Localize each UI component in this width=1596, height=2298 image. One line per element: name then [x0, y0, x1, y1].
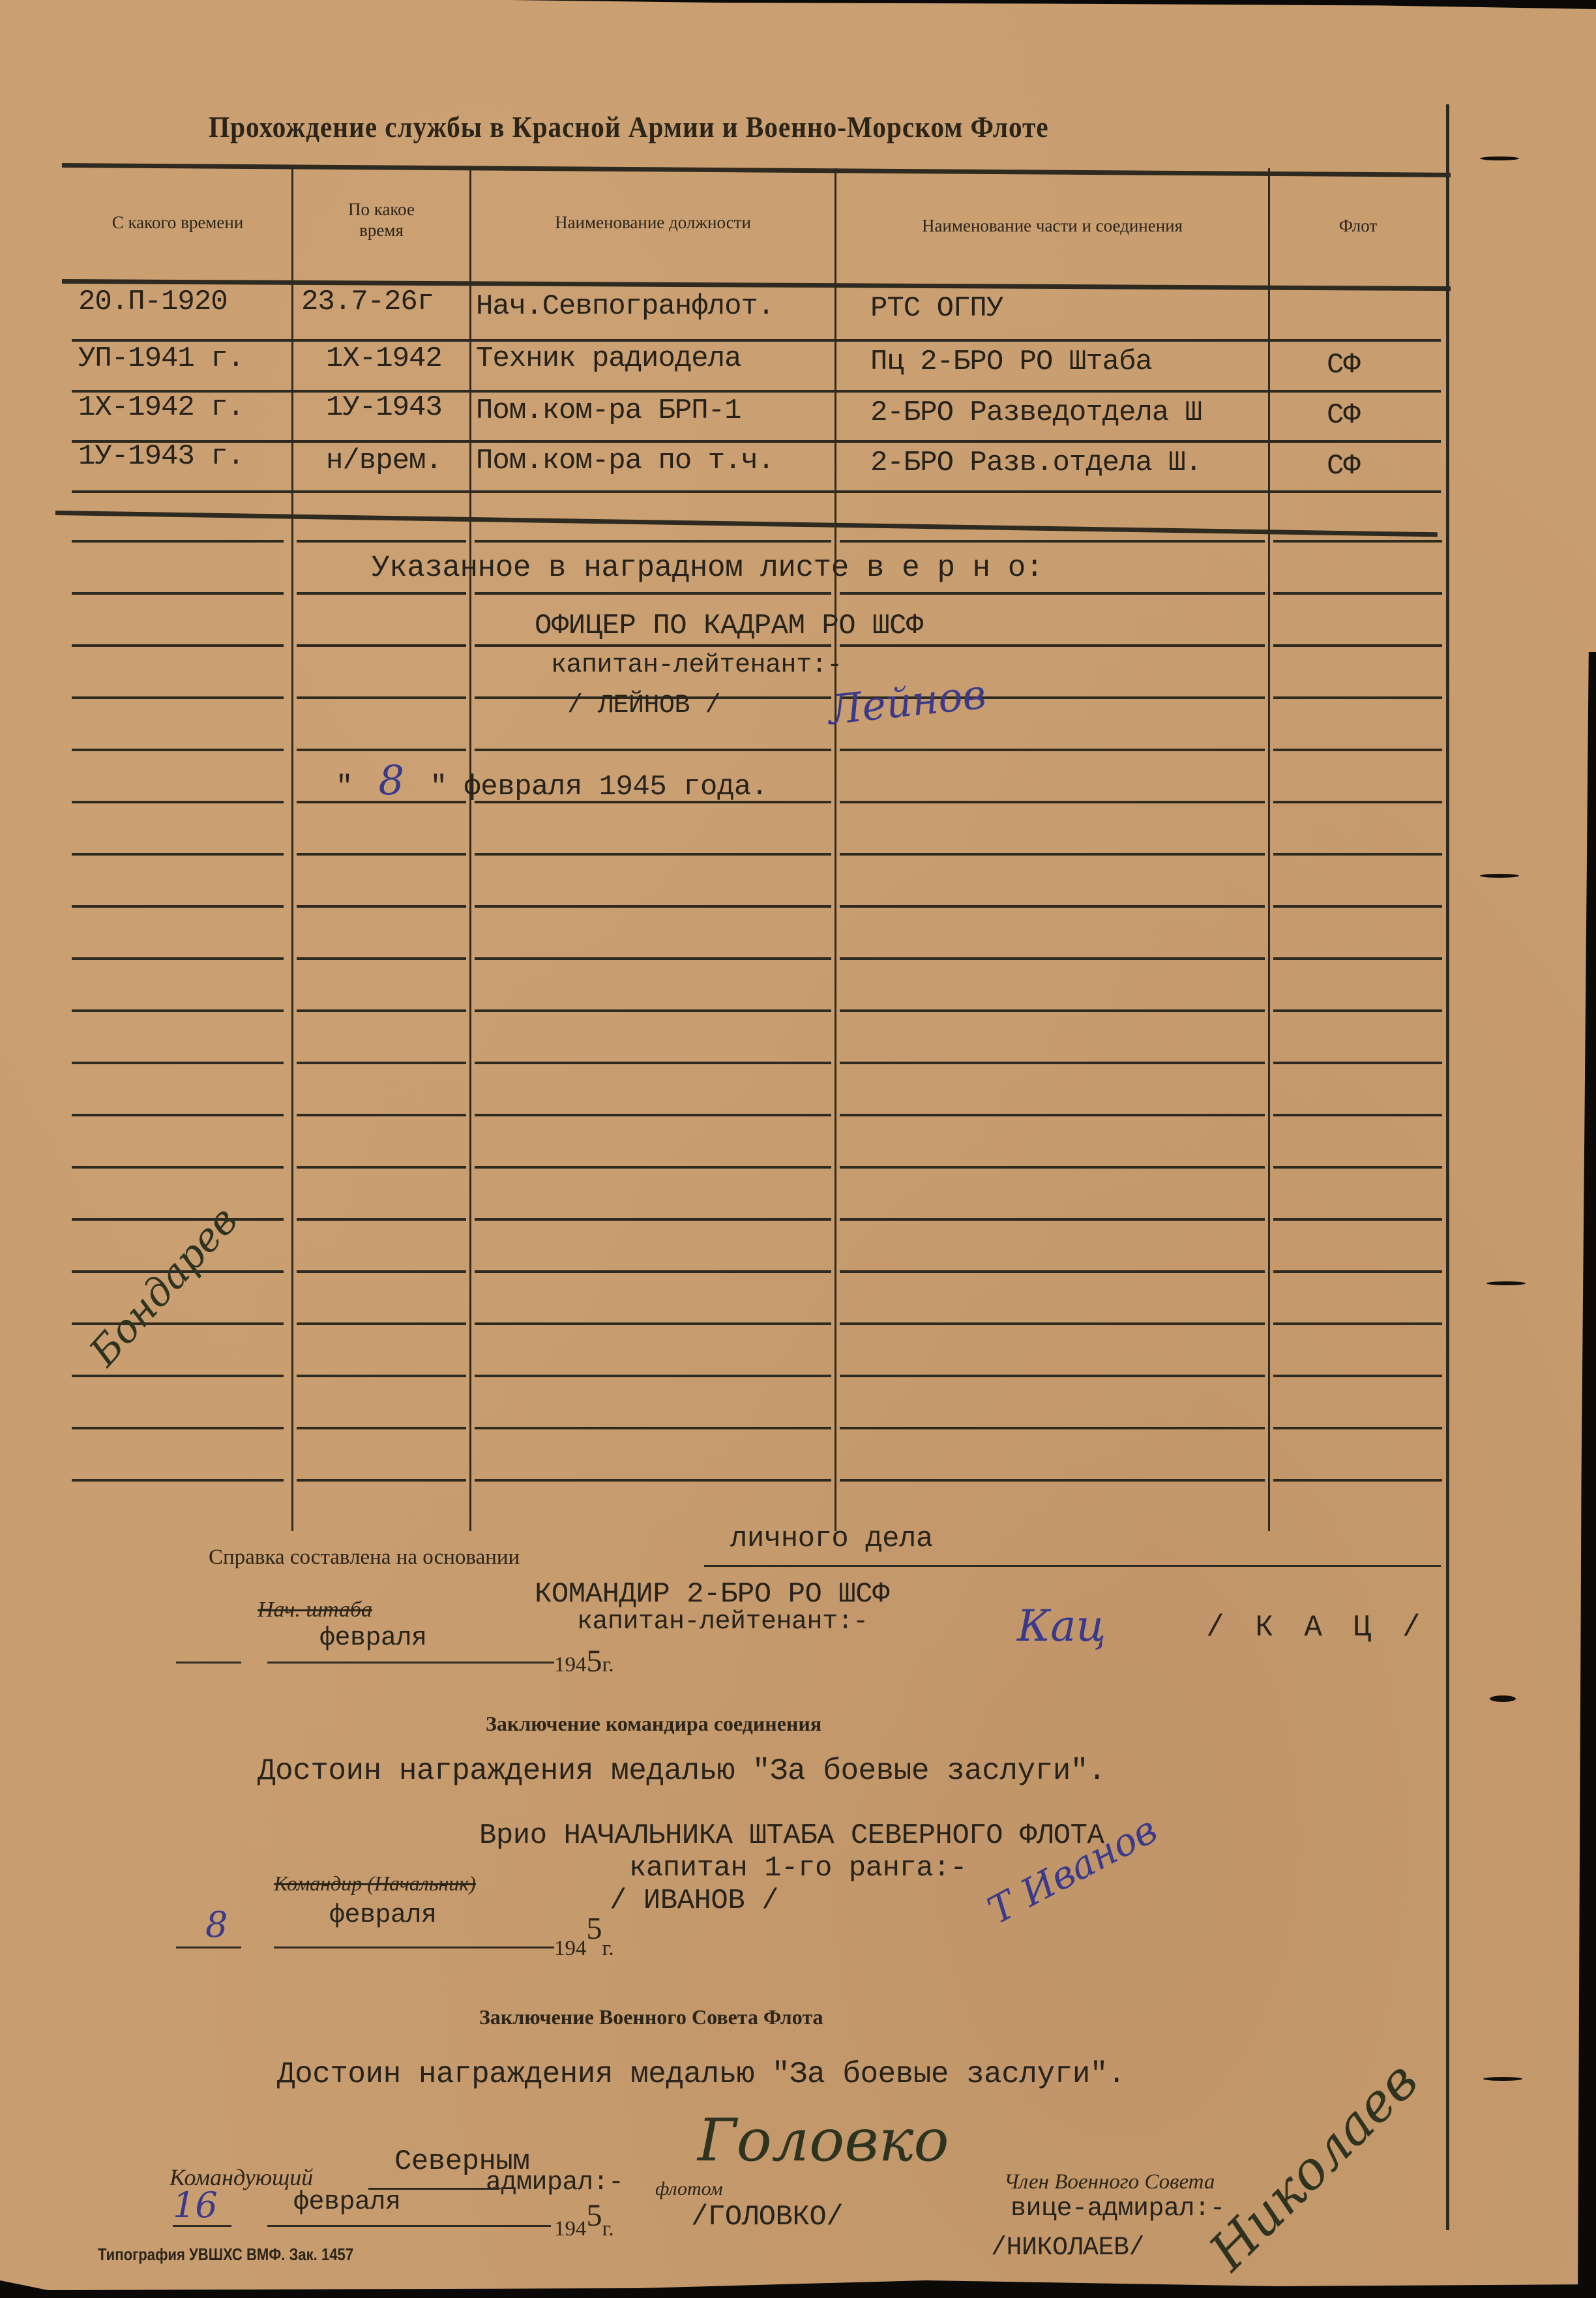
cell-position: Нач.Севпогранфлот. [476, 290, 774, 323]
row-rule [475, 1270, 831, 1273]
row-rule [72, 390, 1441, 393]
council-conclusion-text: Достоин награждения медалью "За боевые з… [277, 2057, 1125, 2091]
row-rule [297, 1009, 466, 1012]
row-rule [1273, 696, 1442, 699]
row-rule [1273, 644, 1442, 647]
row-rule [840, 801, 1265, 803]
row-rule [1273, 905, 1442, 908]
cell-fleet: СФ [1327, 450, 1360, 483]
council-conclusion-heading: Заключение Военного Совета Флота [479, 2005, 823, 2029]
row-rule [297, 957, 466, 960]
row-rule [475, 592, 831, 595]
row-rule [475, 1009, 831, 1012]
certifier-signature: Лейнов [826, 670, 988, 734]
header-to-line2: время [293, 220, 469, 241]
row-rule [475, 905, 831, 908]
row-rule [840, 853, 1265, 856]
year-g: г. [602, 2217, 614, 2241]
row-rule [72, 1166, 284, 1169]
row-rule [297, 540, 466, 543]
row-rule [72, 592, 284, 595]
reference-signer-name: / К А Ц / [1206, 1611, 1426, 1645]
row-rule [840, 957, 1265, 960]
row-rule [297, 749, 466, 751]
council-member-signature: Николаев [1198, 2050, 1430, 2282]
row-rule [840, 1322, 1265, 1325]
document-page: Прохождение службы в Красной Армии и Вое… [0, 0, 1596, 2298]
row-rule [1273, 1322, 1442, 1325]
fleet-commander-signature: Головко [698, 2106, 949, 2175]
row-rule [1273, 853, 1442, 856]
row-rule [475, 1062, 831, 1064]
header-to: По какое время [293, 199, 469, 241]
date-day-underline [173, 2225, 231, 2227]
cell-to: 23.7-26г [301, 286, 434, 318]
date-month-underline [267, 2225, 551, 2227]
year-suffix: 5 [587, 1644, 602, 1679]
row-rule [1273, 1479, 1442, 1482]
commander-date-day: 8 [205, 1904, 228, 1945]
column-divider [835, 168, 836, 1531]
header-from: С какого времени [65, 212, 290, 233]
row-rule [1273, 1270, 1442, 1273]
row-rule [297, 696, 466, 699]
council-member-label: Член Военного Совета [1004, 2170, 1215, 2194]
cell-unit: 2-БРО Разведотдела Ш [870, 396, 1202, 429]
row-rule [72, 1375, 284, 1377]
header-position: Наименование должности [471, 212, 835, 233]
reference-signer-title: КОМАНДИР 2-БРО РО ШСФ [535, 1578, 889, 1611]
row-rule [840, 592, 1265, 595]
binding-hole [1490, 1695, 1516, 1702]
row-rule [840, 1479, 1265, 1482]
row-rule [297, 1427, 466, 1429]
binding-hole [1480, 157, 1519, 160]
cell-position: Пом.ком-ра БРП-1 [476, 395, 741, 427]
row-rule [1273, 1218, 1442, 1221]
commander-conclusion-heading: Заключение командира соединения [486, 1712, 821, 1736]
row-rule [297, 1270, 466, 1273]
row-rule [840, 1427, 1265, 1429]
council-date-day: 16 [173, 2185, 218, 2226]
cell-from: 20.П-1920 [78, 286, 228, 318]
cell-from: УП-1941 г. [78, 342, 244, 375]
council-date-year: 1945г. [554, 2207, 614, 2243]
table-top-rule [62, 163, 1451, 177]
row-rule [72, 490, 1441, 493]
date-day-underline [176, 1947, 241, 1948]
row-rule [72, 1218, 284, 1221]
torn-edge-top [509, 0, 1596, 9]
reference-signer-rank: капитан-лейтенант:- [577, 1607, 868, 1637]
row-rule [1273, 1114, 1442, 1116]
cell-to: 1Х-1942 [326, 342, 442, 375]
row-rule [1273, 540, 1442, 543]
row-rule [297, 905, 466, 908]
cell-from: 1Х-1942 г. [78, 391, 244, 424]
row-rule [840, 1218, 1265, 1221]
council-member-name: /НИКОЛАЕВ/ [991, 2233, 1144, 2263]
document-title: Прохождение службы в Красной Армии и Вое… [209, 110, 1049, 144]
row-rule [72, 853, 284, 856]
row-rule [840, 905, 1265, 908]
year-g: г. [602, 1653, 614, 1677]
margin-signature: Бондарев [81, 1198, 246, 1375]
column-divider [469, 168, 471, 1531]
row-rule [72, 1062, 284, 1064]
row-rule [297, 1218, 466, 1221]
commander-conclusion-text: Достоин награждения медалью "За боевые з… [258, 1754, 1106, 1788]
commander-rank: адмирал:- [486, 2168, 624, 2198]
certifier-name: / ЛЕЙНОВ / [567, 691, 720, 721]
reference-date-year: 1945г. [554, 1643, 614, 1679]
year-g: г. [602, 1937, 614, 1960]
row-rule [1273, 801, 1442, 803]
entries-bottom-rule [55, 511, 1438, 537]
certification-date: " 8 " февраля 1945 года. [336, 756, 768, 804]
year-prefix: 194 [554, 2217, 587, 2241]
row-rule [1273, 1009, 1442, 1012]
council-date-month: февраля [293, 2188, 401, 2217]
row-rule [475, 1166, 831, 1169]
row-rule [840, 1270, 1265, 1273]
header-unit: Наименование части и соединения [836, 215, 1268, 236]
date-month-underline [274, 1947, 554, 1948]
cell-position: Техник радиодела [476, 342, 741, 375]
cell-unit: РТС ОГПУ [870, 292, 1003, 325]
row-rule [475, 1114, 831, 1116]
torn-edge-right [1578, 652, 1596, 2298]
row-rule [475, 957, 831, 960]
commander-signer-title: Врио НАЧАЛЬНИКА ШТАБА СЕВЕРНОГО ФЛОТА [479, 1819, 1104, 1852]
row-rule [297, 1114, 466, 1116]
row-rule [72, 1114, 284, 1116]
commander-name: /ГОЛОВКО/ [691, 2201, 843, 2233]
cell-unit: Пц 2-БРО РО Штаба [870, 346, 1152, 378]
row-rule [297, 592, 466, 595]
commander-signer-rank: капитан 1-го ранга:- [629, 1852, 967, 1885]
row-rule [72, 1479, 284, 1482]
row-rule [72, 801, 284, 803]
row-rule [475, 1322, 831, 1325]
commander-signer-name: / ИВАНОВ / [610, 1885, 778, 1917]
crossed-role-label: Нач. штаба [258, 1598, 372, 1622]
row-rule [840, 1375, 1265, 1377]
row-rule [297, 853, 466, 856]
date-rest: " февраля 1945 года. [430, 771, 768, 803]
column-divider [1268, 168, 1270, 1531]
row-rule [297, 1062, 466, 1064]
row-rule [840, 749, 1265, 751]
row-rule [72, 339, 1441, 342]
cell-fleet: СФ [1327, 399, 1360, 432]
based-on-underline [704, 1565, 1441, 1567]
row-rule [72, 440, 1441, 443]
row-rule [1273, 1062, 1442, 1064]
row-rule [1273, 957, 1442, 960]
row-rule [840, 540, 1265, 543]
year-prefix: 194 [554, 1937, 587, 1960]
cell-fleet: СФ [1327, 349, 1360, 381]
date-day: 8 [359, 756, 424, 804]
crossed-commander-label: Командир (Начальник) [274, 1872, 476, 1896]
reference-signature: Кац [1017, 1601, 1106, 1651]
date-day-underline [176, 1662, 241, 1664]
header-to-line1: По какое [293, 199, 469, 220]
row-rule [475, 540, 831, 543]
cell-to: н/врем. [326, 445, 442, 477]
year-suffix: 5 [587, 2198, 602, 2233]
row-rule [72, 957, 284, 960]
header-fleet: Флот [1270, 215, 1446, 236]
fleet-label-printed: флотом [655, 2178, 723, 2200]
row-rule [840, 644, 1265, 647]
quote-open: " [336, 771, 353, 803]
commander-date-year: 1945г. [554, 1927, 614, 1963]
right-border [1446, 104, 1449, 2230]
year-suffix: 5 [587, 1911, 602, 1946]
column-divider [291, 168, 293, 1531]
commander-date-month: февраля [329, 1901, 437, 1930]
row-rule [72, 749, 284, 751]
certifier-title: ОФИЦЕР ПО КАДРАМ РО ШСФ [535, 610, 923, 642]
cell-position: Пом.ком-ра по т.ч. [476, 445, 774, 477]
cell-unit: 2-БРО Разв.отдела Ш. [870, 447, 1202, 479]
header-bottom-rule [62, 279, 1451, 291]
row-rule [840, 1009, 1265, 1012]
cell-to: 1У-1943 [326, 391, 442, 424]
binding-hole [1486, 1281, 1526, 1285]
cell-from: 1У-1943 г. [78, 440, 244, 473]
binding-hole [1480, 874, 1519, 878]
row-rule [840, 1166, 1265, 1169]
row-rule [72, 905, 284, 908]
row-rule [72, 540, 284, 543]
row-rule [475, 644, 831, 647]
reference-date-month: февраля [319, 1624, 427, 1653]
based-on-label: Справка составлена на основании [209, 1545, 520, 1570]
row-rule [475, 1218, 831, 1221]
row-rule [72, 1427, 284, 1429]
row-rule [297, 644, 466, 647]
row-rule [475, 1375, 831, 1377]
row-rule [297, 1166, 466, 1169]
based-on-value: личного дела [730, 1523, 933, 1555]
row-rule [1273, 592, 1442, 595]
row-rule [1273, 1166, 1442, 1169]
row-rule [475, 1427, 831, 1429]
row-rule [297, 1322, 466, 1325]
row-rule [1273, 749, 1442, 751]
certifier-rank: капитан-лейтенант:- [551, 651, 842, 680]
row-rule [475, 853, 831, 856]
row-rule [72, 644, 284, 647]
row-rule [72, 696, 284, 699]
row-rule [840, 1114, 1265, 1116]
row-rule [297, 1375, 466, 1377]
row-rule [1273, 1375, 1442, 1377]
torn-edge-bottom [0, 2278, 1596, 2298]
row-rule [475, 1479, 831, 1482]
year-prefix: 194 [554, 1653, 587, 1677]
row-rule [840, 1062, 1265, 1064]
council-member-rank: вице-адмирал:- [1011, 2194, 1225, 2224]
certification-statement: Указанное в наградном листе в е р н о: [372, 551, 1043, 585]
binding-hole [1483, 2077, 1522, 2081]
row-rule [475, 749, 831, 751]
row-rule [72, 1009, 284, 1012]
printer-imprint: Типография УВШХС ВМФ. Зак. 1457 [98, 2245, 353, 2265]
date-month-underline [267, 1662, 554, 1664]
row-rule [297, 1479, 466, 1482]
row-rule [1273, 1427, 1442, 1429]
